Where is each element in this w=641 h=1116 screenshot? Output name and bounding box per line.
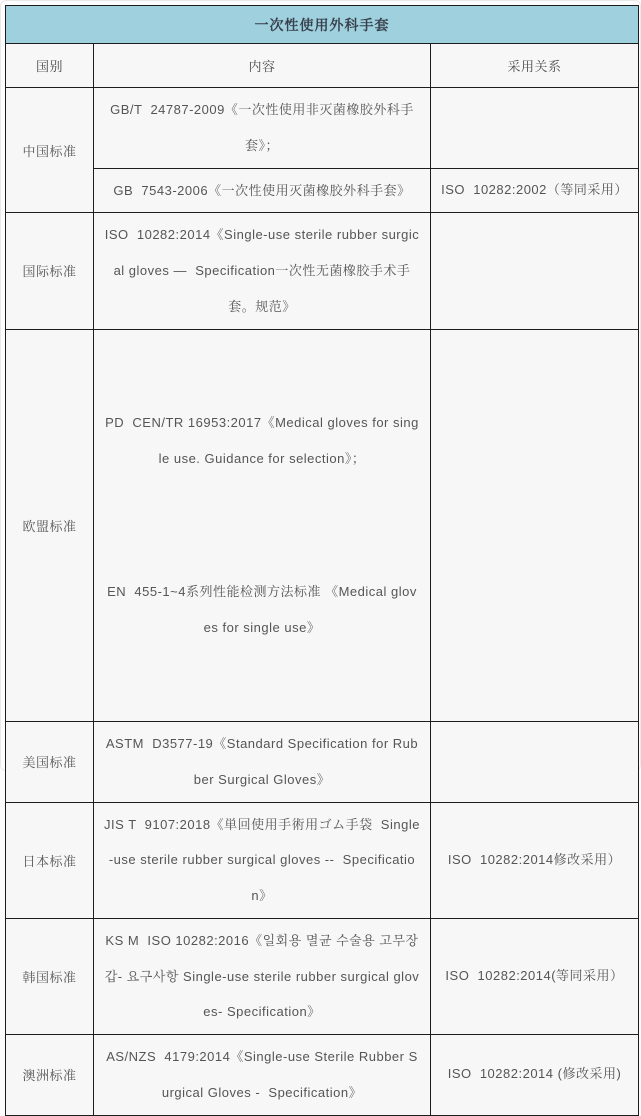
adoption-korea: ISO 10282:2014(等同采用） [431, 918, 639, 1034]
standard-content-us: ASTM D3577-19《Standard Specification for… [94, 722, 431, 803]
table-title: 一次性使用外科手套 [6, 6, 639, 44]
country-label-international: 国际标准 [6, 213, 94, 329]
country-label-japan: 日本标准 [6, 802, 94, 918]
standard-content-japan: JIS T 9107:2018《単回使用手術用ゴム手袋 Single-use s… [94, 802, 431, 918]
column-header-row: 国别 内容 采用关系 [6, 44, 639, 88]
table-row-eu: 欧盟标准 PD CEN/TR 16953:2017《Medical gloves… [6, 329, 639, 722]
table-row-australia: 澳洲标准 AS/NZS 4179:2014《Single-use Sterile… [6, 1035, 639, 1116]
column-header-country: 国别 [6, 44, 94, 88]
adoption-china-2: ISO 10282:2002（等同采用） [431, 168, 639, 213]
standard-content-china-2: GB 7543-2006《一次性使用灭菌橡胶外科手套》 [94, 168, 431, 213]
standard-content-eu: PD CEN/TR 16953:2017《Medical gloves for … [94, 329, 431, 722]
standards-table-page: 一次性使用外科手套 国别 内容 采用关系 中国标准 GB/T 24787-200… [0, 0, 641, 771]
table-title-row: 一次性使用外科手套 [6, 6, 639, 44]
standard-content-korea: KS M ISO 10282:2016《일회용 멸균 수술용 고무장갑- 요구사… [94, 918, 431, 1034]
table-row-international: 国际标准 ISO 10282:2014《Single-use sterile r… [6, 213, 639, 329]
country-label-china: 中国标准 [6, 88, 94, 213]
eu-standard-paragraph-1: PD CEN/TR 16953:2017《Medical gloves for … [104, 405, 420, 477]
column-header-adoption: 采用关系 [431, 44, 639, 88]
standard-content-china-1: GB/T 24787-2009《一次性使用非灭菌橡胶外科手套》； [94, 88, 431, 169]
country-label-australia: 澳洲标准 [6, 1035, 94, 1116]
country-label-korea: 韩国标准 [6, 918, 94, 1034]
column-header-content: 内容 [94, 44, 431, 88]
table-row-japan: 日本标准 JIS T 9107:2018《単回使用手術用ゴム手袋 Single-… [6, 802, 639, 918]
adoption-us [431, 722, 639, 803]
table-row-china-2: GB 7543-2006《一次性使用灭菌橡胶外科手套》 ISO 10282:20… [6, 168, 639, 213]
adoption-international [431, 213, 639, 329]
table-row-korea: 韩国标准 KS M ISO 10282:2016《일회용 멸균 수술용 고무장갑… [6, 918, 639, 1034]
standard-content-australia: AS/NZS 4179:2014《Single-use Sterile Rubb… [94, 1035, 431, 1116]
standard-content-international: ISO 10282:2014《Single-use sterile rubber… [94, 213, 431, 329]
table-row-us: 美国标准 ASTM D3577-19《Standard Specificatio… [6, 722, 639, 803]
adoption-australia: ISO 10282:2014 (修改采用) [431, 1035, 639, 1116]
table-row-china-1: 中国标准 GB/T 24787-2009《一次性使用非灭菌橡胶外科手套》； [6, 88, 639, 169]
eu-standard-paragraph-2: EN 455-1~4系列性能检测方法标准 《Medical gloves for… [104, 574, 420, 646]
adoption-japan: ISO 10282:2014修改采用） [431, 802, 639, 918]
adoption-china-1 [431, 88, 639, 169]
country-label-eu: 欧盟标准 [6, 329, 94, 722]
country-label-us: 美国标准 [6, 722, 94, 803]
adoption-eu [431, 329, 639, 722]
surgical-gloves-standards-table: 一次性使用外科手套 国别 内容 采用关系 中国标准 GB/T 24787-200… [5, 5, 639, 1116]
